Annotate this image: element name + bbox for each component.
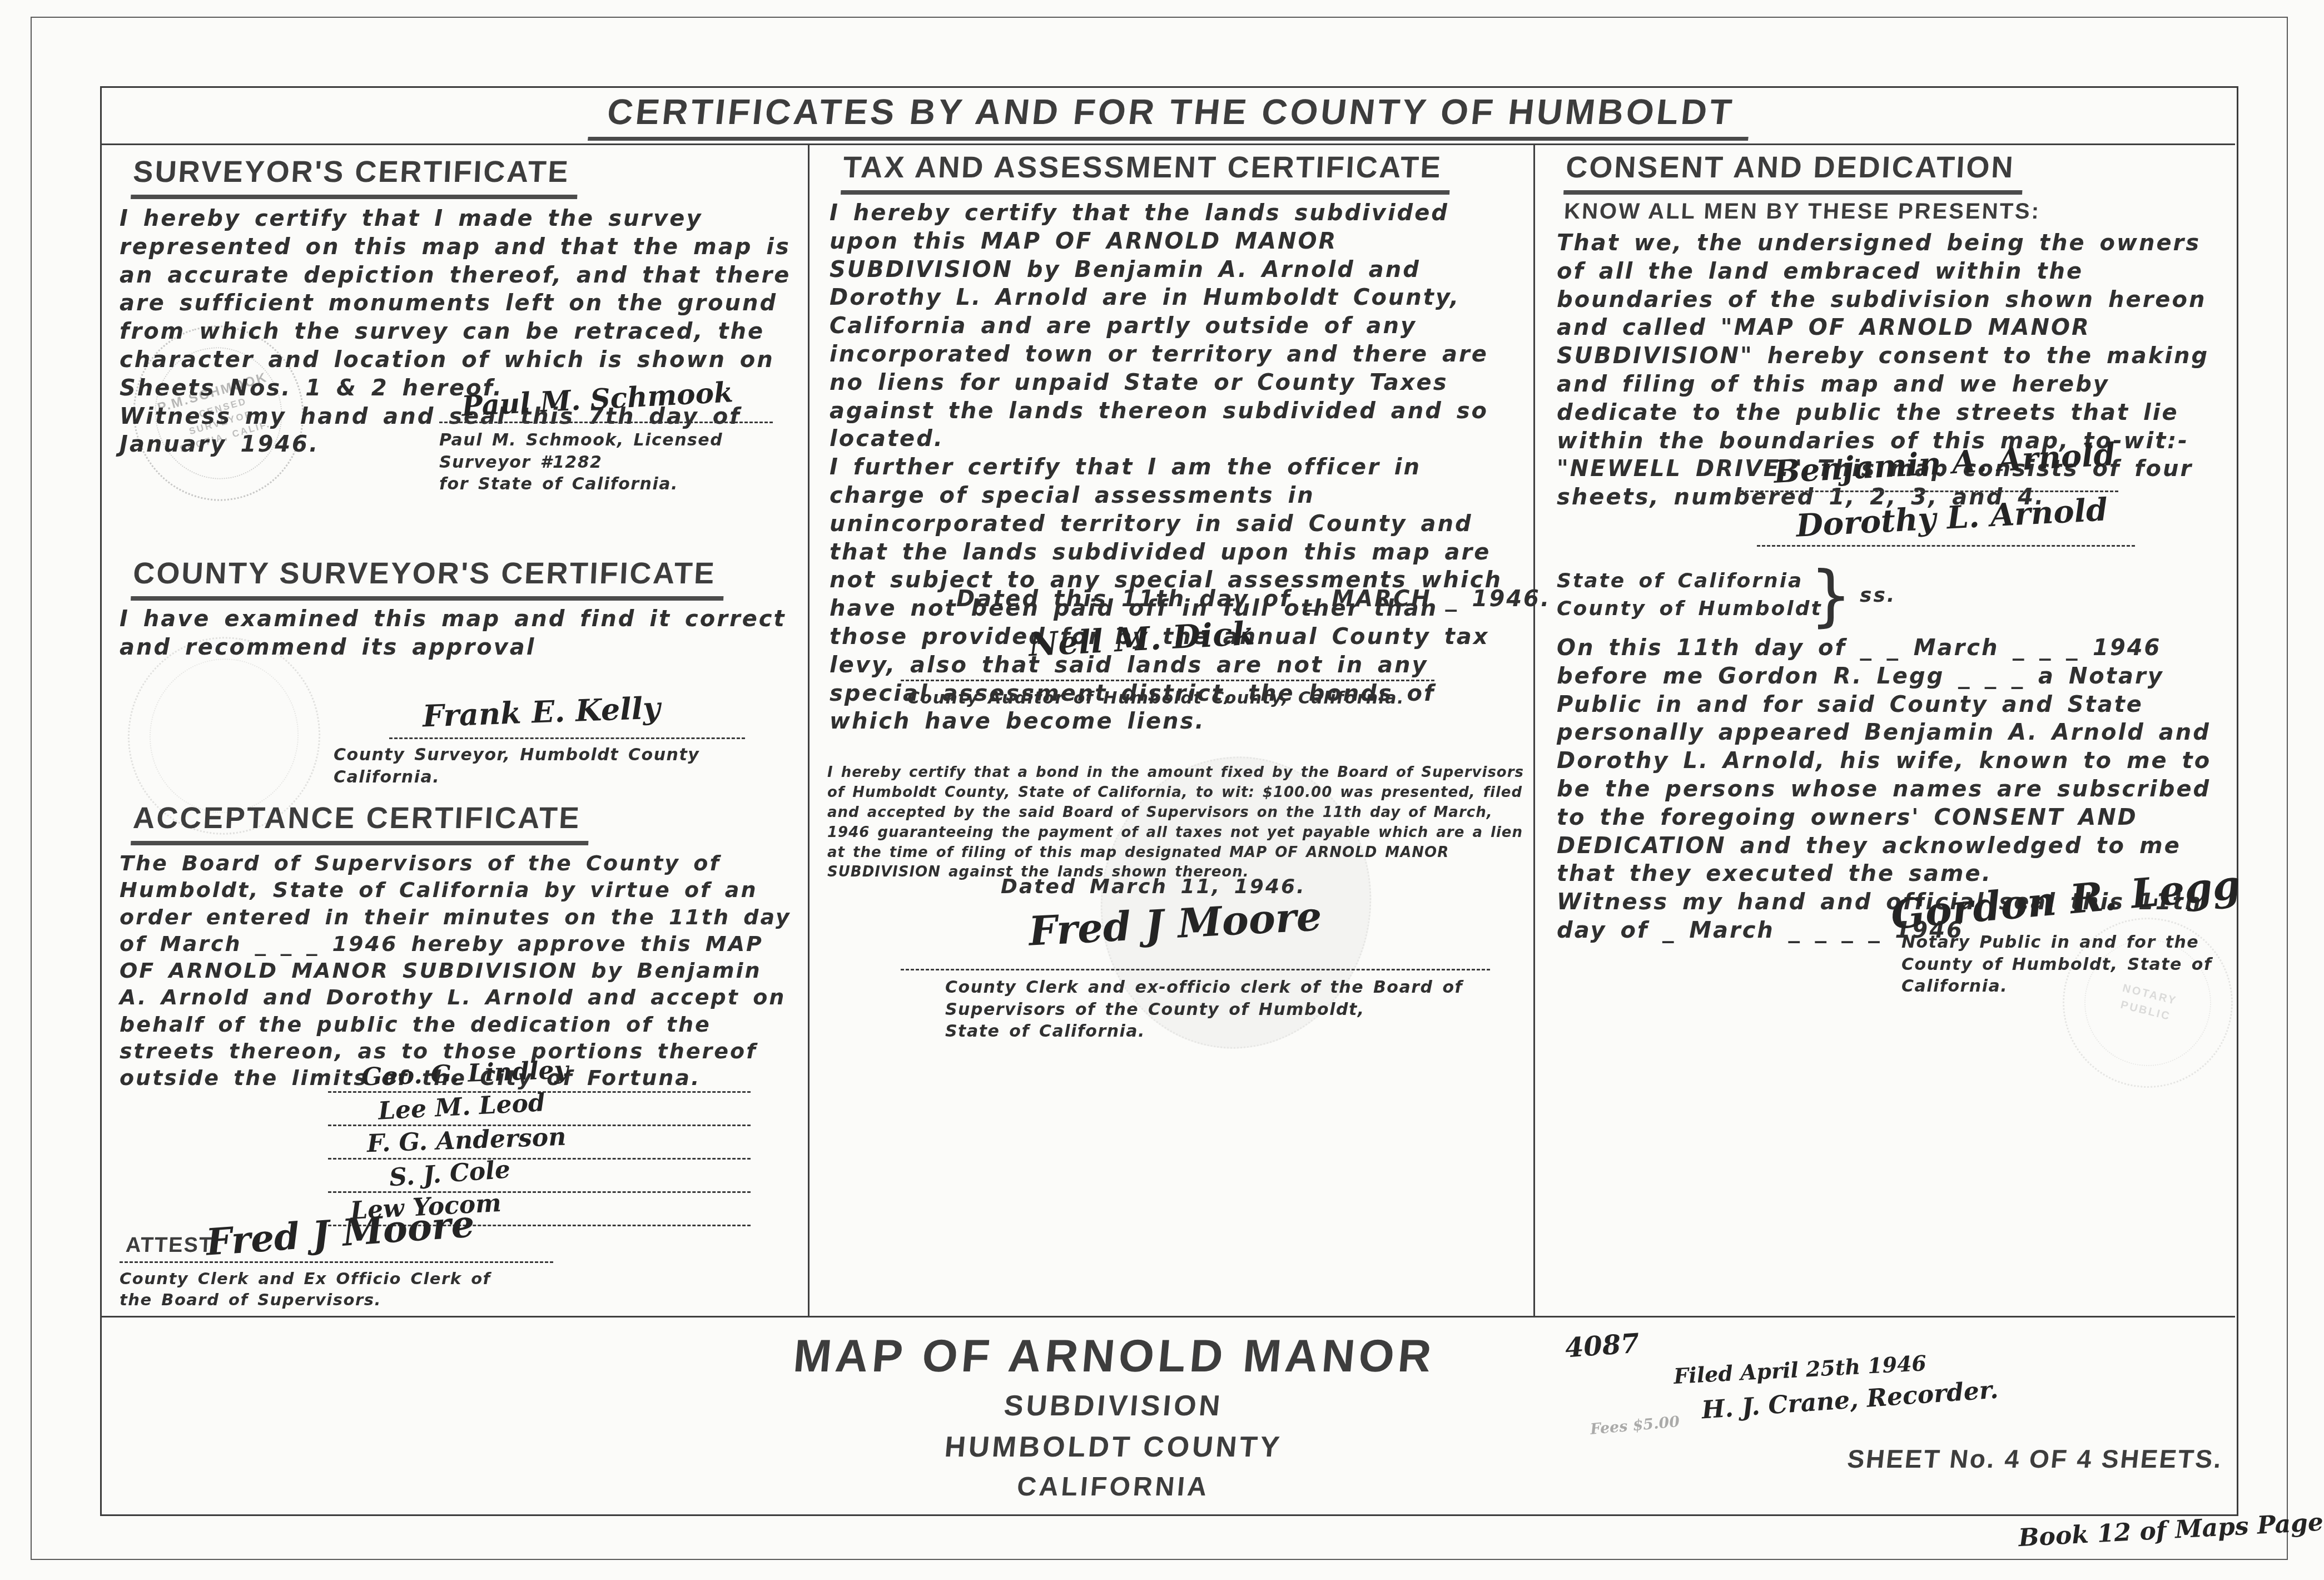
attest-caption: County Clerk and Ex Officio Clerk of the… xyxy=(120,1268,575,1311)
county-auditor-signature-caption: County Auditor of Humboldt County, Calif… xyxy=(907,687,1463,710)
acceptance-certificate-heading: ACCEPTANCE CERTIFICATE xyxy=(131,801,590,845)
footer-rule xyxy=(100,1316,2235,1318)
supervisor-signature-line-4 xyxy=(328,1191,751,1193)
acceptance-certificate-body: The Board of Supervisors of the County o… xyxy=(120,850,802,1091)
jurisdiction-state: State of California xyxy=(1557,568,1803,594)
map-subtitle-subdivision: SUBDIVISION xyxy=(639,1389,1587,1423)
map-title: MAP OF ARNOLD MANOR xyxy=(639,1330,1589,1383)
surveyors-certificate-heading: SURVEYOR'S CERTIFICATE xyxy=(131,155,579,199)
county-clerk-signature-caption: County Clerk and ex-officio clerk of the… xyxy=(945,977,1523,1043)
file-number: 4087 xyxy=(1564,1328,1640,1364)
page-title: CERTIFICATES BY AND FOR THE COUNTY OF HU… xyxy=(588,91,1753,141)
county-surveyors-certificate-heading: COUNTY SURVEYOR'S CERTIFICATE xyxy=(131,556,726,601)
column-divider-left xyxy=(808,145,810,1316)
surveyor-signature-caption: Paul M. Schmook, Licensed Surveyor #1282… xyxy=(439,429,795,496)
sheet-number-note: SHEET No. 4 OF 4 SHEETS. xyxy=(1846,1444,2224,1474)
bond-certificate-body: I hereby certify that a bond in the amou… xyxy=(827,763,1525,883)
notary-seal-inner-ring xyxy=(2071,926,2224,1079)
owner-signature-line-dorothy xyxy=(1757,545,2135,547)
title-band-rule xyxy=(100,143,2235,145)
county-surveyor-signature-caption: County Surveyor, Humboldt County Califor… xyxy=(334,744,801,788)
supervisor-signature-line-3 xyxy=(328,1158,751,1160)
county-clerk-signature-line xyxy=(901,969,1490,970)
consent-subheading: KNOW ALL MEN BY THESE PRESENTS: xyxy=(1563,199,2041,224)
surveyor-seal-inner-ring xyxy=(140,332,298,494)
jurisdiction-ss: ss. xyxy=(1860,583,1896,608)
attest-signature-line xyxy=(120,1261,553,1263)
county-auditor-signature-line xyxy=(901,680,1434,681)
jurisdiction-county: County of Humboldt xyxy=(1557,596,1823,622)
county-surveyor-signature-line xyxy=(389,737,745,739)
map-subtitle-county: HUMBOLDT COUNTY xyxy=(639,1430,1587,1464)
scanned-plat-sheet: CERTIFICATES BY AND FOR THE COUNTY OF HU… xyxy=(0,0,2324,1580)
tax-certificate-heading: TAX AND ASSESSMENT CERTIFICATE xyxy=(841,150,1452,195)
tax-dated-line: Dated this 11th day of _ MARCH _ 1946. xyxy=(956,585,1551,613)
jurisdiction-brace: } xyxy=(1810,557,1852,635)
consent-dedication-heading: CONSENT AND DEDICATION xyxy=(1563,150,2024,195)
owner-signature-line-benjamin xyxy=(1740,491,2118,492)
column-divider-right xyxy=(1533,145,1535,1316)
map-subtitle-state: CALIFORNIA xyxy=(639,1472,1587,1502)
county-surveyor-seal-inner-ring xyxy=(137,647,311,825)
surveyor-signature-line xyxy=(439,422,773,423)
title-band: CERTIFICATES BY AND FOR THE COUNTY OF HU… xyxy=(100,91,2235,141)
map-title-block: MAP OF ARNOLD MANOR SUBDIVISION HUMBOLDT… xyxy=(639,1330,1585,1502)
